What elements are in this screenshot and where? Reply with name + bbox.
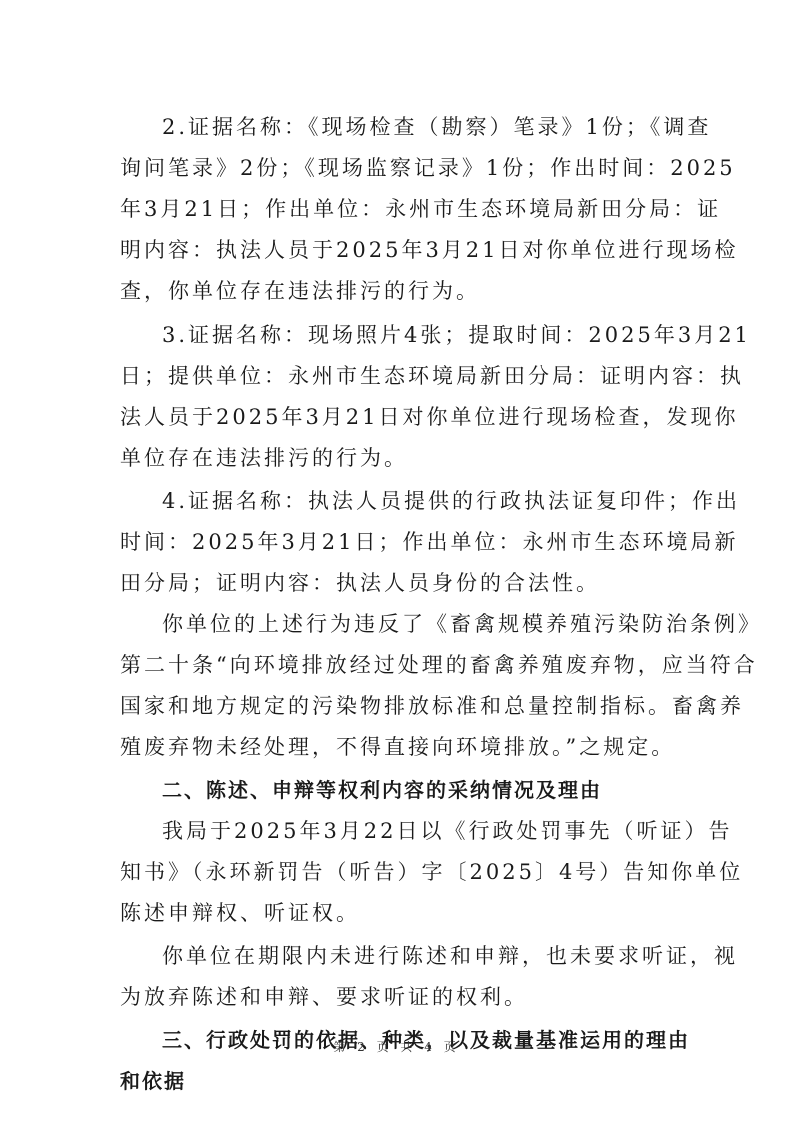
evidence-2-line-1: 2.证据名称：《现场检查（勘察）笔录》1份；《调查 <box>162 112 711 142</box>
evidence-3-line-1: 3.证据名称：现场照片4张；提取时间：2025年3月21 <box>162 320 751 350</box>
page-indicator: 第 2 页 共 4 页 <box>0 1038 793 1055</box>
violation-line-2: 第二十条“向环境排放经过处理的畜禽养殖废弃物，应当符合 <box>120 650 758 680</box>
waiver-line-2: 为放弃陈述和申辩、要求听证的权利。 <box>120 982 528 1012</box>
evidence-4-line-2: 时间：2025年3月21日；作出单位：永州市生态环境局新 <box>120 527 739 557</box>
evidence-4-line-1: 4.证据名称：执法人员提供的行政执法证复印件；作出 <box>162 486 740 516</box>
evidence-2-line-5: 查，你单位存在违法排污的行为。 <box>120 276 480 306</box>
notice-line-1: 我局于2025年3月22日以《行政处罚事先（听证）告 <box>162 816 733 846</box>
section-3-heading-line-2: 和依据 <box>120 1066 186 1096</box>
violation-line-3: 国家和地方规定的污染物排放标准和总量控制指标。畜禽养 <box>120 691 744 721</box>
notice-line-3: 陈述申辩权、听证权。 <box>120 898 360 928</box>
section-2-heading: 二、陈述、申辩等权利内容的采纳情况及理由 <box>162 775 602 805</box>
waiver-line-1: 你单位在期限内未进行陈述和申辩，也未要求听证，视 <box>162 941 738 971</box>
evidence-3-line-4: 单位存在违法排污的行为。 <box>120 443 408 473</box>
violation-line-1: 你单位的上述行为违反了《畜禽规模养殖污染防治条例》 <box>162 609 762 639</box>
violation-line-4: 殖废弃物未经处理，不得直接向环境排放。”之规定。 <box>120 732 675 762</box>
evidence-3-line-2: 日；提供单位：永州市生态环境局新田分局：证明内容：执 <box>120 361 744 391</box>
evidence-2-line-3: 年3月21日；作出单位：永州市生态环境局新田分局：证 <box>120 194 721 224</box>
evidence-2-line-4: 明内容：执法人员于2025年3月21日对你单位进行现场检 <box>120 235 739 265</box>
evidence-4-line-3: 田分局；证明内容：执法人员身份的合法性。 <box>120 568 600 598</box>
evidence-3-line-3: 法人员于2025年3月21日对你单位进行现场检查，发现你 <box>120 402 739 432</box>
evidence-2-line-2: 询问笔录》2份；《现场监察记录》1份；作出时间：2025 <box>120 153 736 183</box>
notice-line-2: 知书》（永环新罚告（听告）字〔2025〕4号）告知你单位 <box>120 857 743 887</box>
